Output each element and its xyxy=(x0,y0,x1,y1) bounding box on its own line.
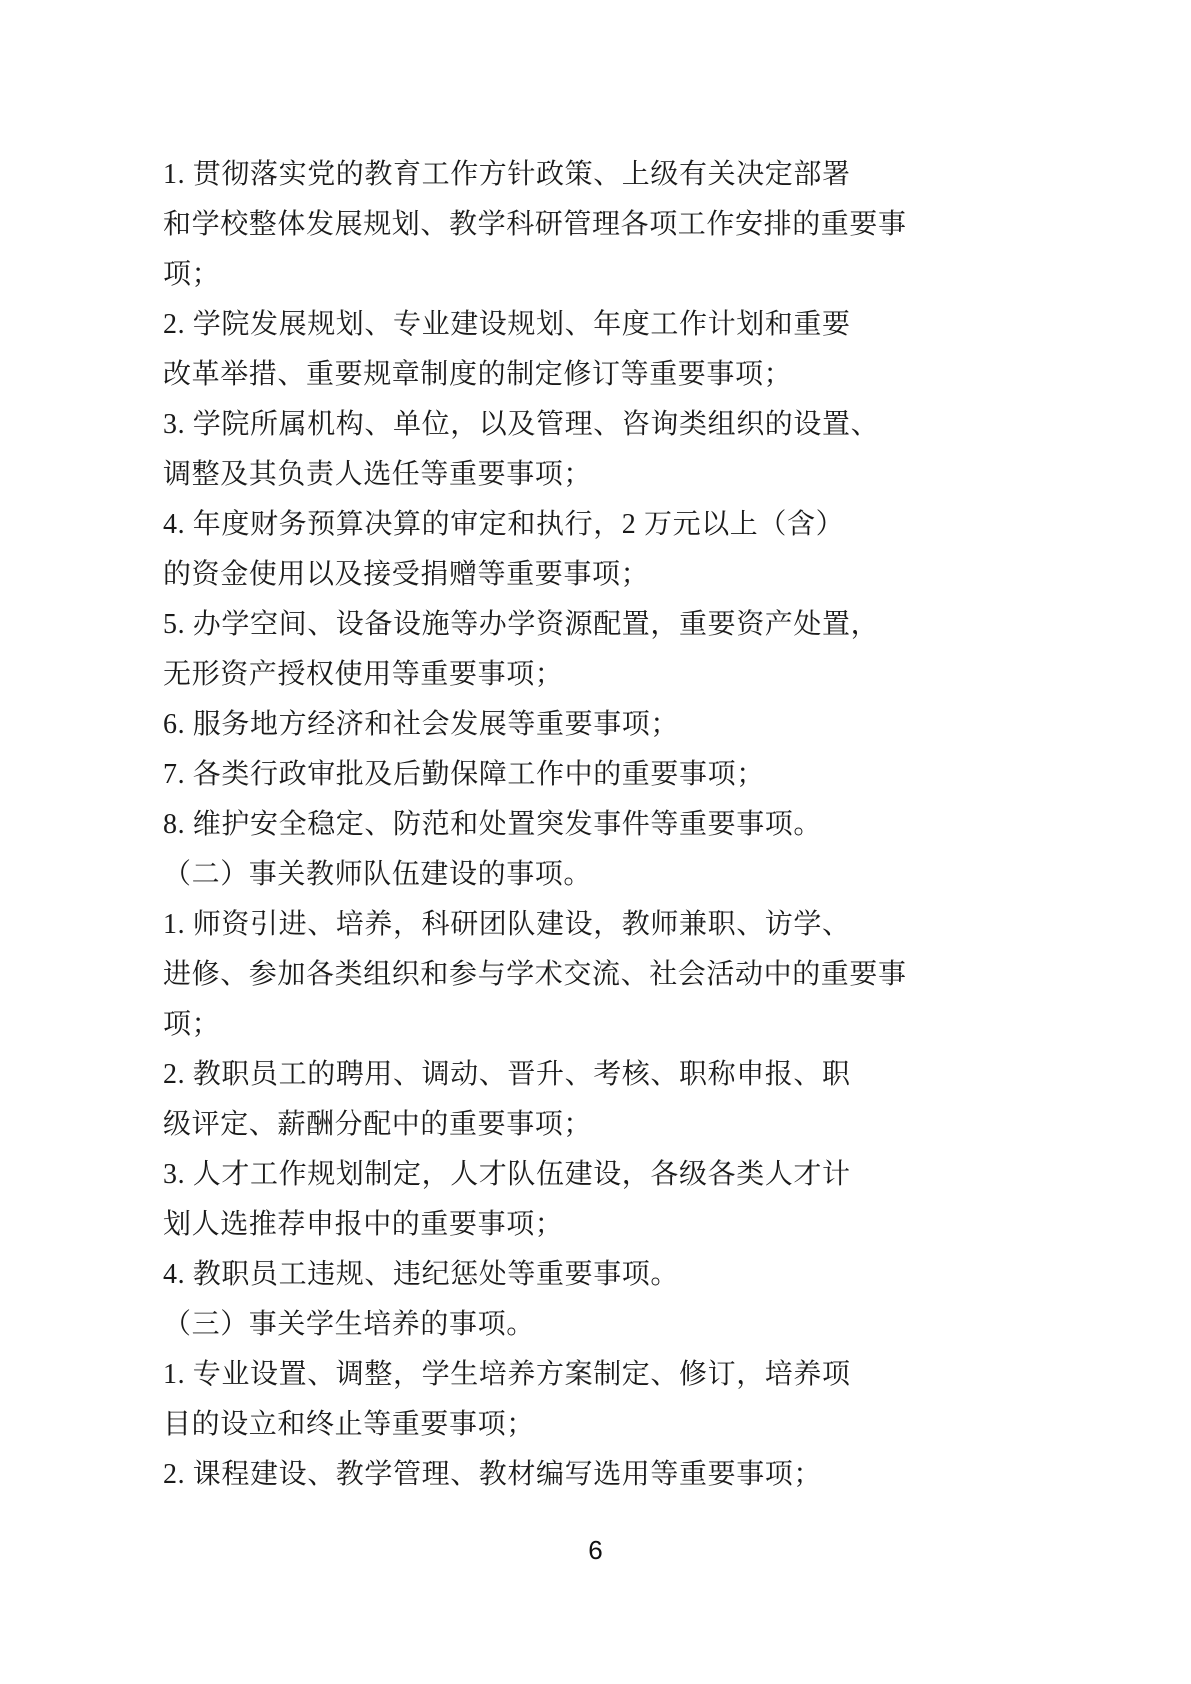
text-line: 4. 教职员工违规、违纪惩处等重要事项。 xyxy=(163,1250,938,1300)
text-line: 和学校整体发展规划、教学科研管理各项工作安排的重要事 xyxy=(163,200,938,250)
page-number: 6 xyxy=(0,1536,1191,1564)
text-line: 8. 维护安全稳定、防范和处置突发事件等重要事项。 xyxy=(163,800,938,850)
text-line: 2. 学院发展规划、专业建设规划、年度工作计划和重要 xyxy=(163,300,938,350)
text-line: 调整及其负责人选任等重要事项； xyxy=(163,450,938,500)
text-line: （二）事关教师队伍建设的事项。 xyxy=(163,850,938,900)
text-line: 1. 贯彻落实党的教育工作方针政策、上级有关决定部署 xyxy=(163,150,938,200)
text-line: 6. 服务地方经济和社会发展等重要事项； xyxy=(163,700,938,750)
text-line: 目的设立和终止等重要事项； xyxy=(163,1400,938,1450)
text-line: 2. 课程建设、教学管理、教材编写选用等重要事项； xyxy=(163,1450,938,1500)
text-line: 改革举措、重要规章制度的制定修订等重要事项； xyxy=(163,350,938,400)
text-line: 项； xyxy=(163,250,938,300)
text-line: 级评定、薪酬分配中的重要事项； xyxy=(163,1100,938,1150)
text-line: 项； xyxy=(163,1000,938,1050)
document-body-text: 1. 贯彻落实党的教育工作方针政策、上级有关决定部署和学校整体发展规划、教学科研… xyxy=(163,150,938,1500)
text-line: （三）事关学生培养的事项。 xyxy=(163,1300,938,1350)
document-page: 1. 贯彻落实党的教育工作方针政策、上级有关决定部署和学校整体发展规划、教学科研… xyxy=(0,0,1191,1684)
text-line: 4. 年度财务预算决算的审定和执行，2 万元以上（含） xyxy=(163,500,938,550)
text-line: 7. 各类行政审批及后勤保障工作中的重要事项； xyxy=(163,750,938,800)
text-line: 2. 教职员工的聘用、调动、晋升、考核、职称申报、职 xyxy=(163,1050,938,1100)
text-line: 3. 人才工作规划制定，人才队伍建设，各级各类人才计 xyxy=(163,1150,938,1200)
text-line: 1. 师资引进、培养，科研团队建设，教师兼职、访学、 xyxy=(163,900,938,950)
text-line: 3. 学院所属机构、单位，以及管理、咨询类组织的设置、 xyxy=(163,400,938,450)
text-line: 5. 办学空间、设备设施等办学资源配置，重要资产处置， xyxy=(163,600,938,650)
text-line: 进修、参加各类组织和参与学术交流、社会活动中的重要事 xyxy=(163,950,938,1000)
text-line: 无形资产授权使用等重要事项； xyxy=(163,650,938,700)
text-line: 的资金使用以及接受捐赠等重要事项； xyxy=(163,550,938,600)
text-line: 1. 专业设置、调整，学生培养方案制定、修订，培养项 xyxy=(163,1350,938,1400)
text-line: 划人选推荐申报中的重要事项； xyxy=(163,1200,938,1250)
